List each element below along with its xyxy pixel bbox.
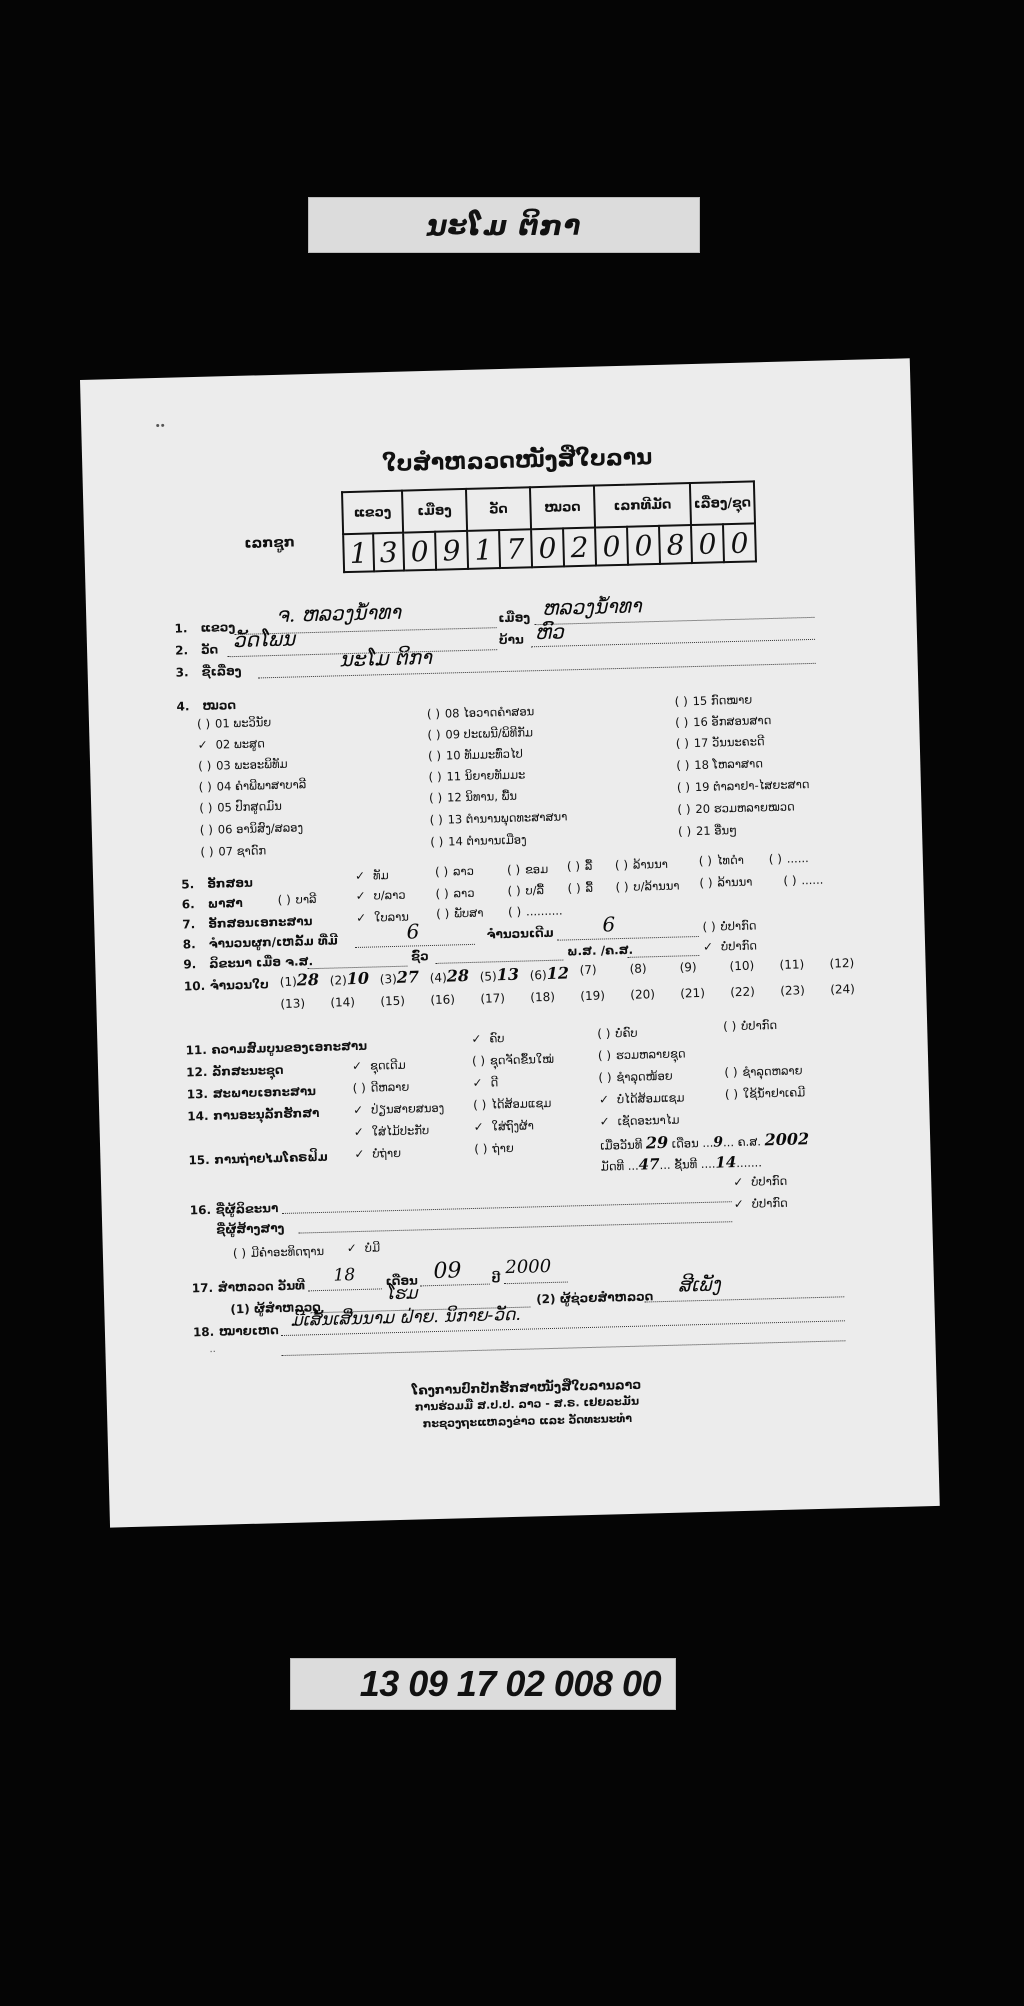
item-number: 2. bbox=[175, 643, 188, 657]
leaf-slot: (3)27 bbox=[380, 967, 430, 987]
microfilm-option[interactable]: ( )ຖ່າຍ bbox=[474, 1141, 514, 1156]
fascicle-count-value: 6 bbox=[406, 919, 419, 943]
category-option[interactable]: ( )04 ຄຳພີພາສາບາລີ bbox=[199, 777, 307, 794]
item-number: 9. bbox=[183, 957, 196, 971]
leaf-slot: (4)28 bbox=[429, 966, 479, 986]
language-label: ພາສາ bbox=[208, 896, 243, 911]
code-grid: ແຂວງ ເມືອງ ວັດ ໝວດ ເລກທີມັດ ເລື່ອງ/ຊຸດ 1… bbox=[341, 480, 757, 573]
completeness-label: ຄວາມສົມບູນຂອງເອກະສານ bbox=[211, 1039, 367, 1057]
condition-label: ສະພາບເອກະສານ bbox=[213, 1084, 317, 1101]
condition-option[interactable]: ( )ຊຳລຸດຫລາຍ bbox=[724, 1063, 803, 1079]
leaf-slot: (18) bbox=[530, 989, 580, 1004]
item-number: 16. bbox=[190, 1203, 212, 1218]
microfilm-label: ການຖ່າຍໄມໂຄຣຟິມ bbox=[214, 1150, 328, 1167]
code-header-temple: ວັດ bbox=[466, 487, 531, 531]
era-label: ພ.ສ. /ຄ.ສ. bbox=[567, 943, 633, 959]
category-option[interactable]: ( )16 ອັກສອນສາດ bbox=[675, 713, 772, 730]
item-number: 4. bbox=[176, 699, 189, 713]
item-number: 18. bbox=[193, 1325, 215, 1340]
scan-dust: ·· bbox=[209, 1347, 216, 1358]
code-digit: 0 bbox=[595, 527, 628, 566]
conservation-option[interactable]: ✓ບໍ່ໄດ້ສ້ອມແຊມ bbox=[599, 1090, 685, 1106]
leaf-slot: (16) bbox=[430, 992, 480, 1007]
condition-option[interactable]: ( )ດີຫລາຍ bbox=[352, 1080, 409, 1095]
category-option[interactable]: ( )20 ຮວມຫລາຍໝວດ bbox=[677, 799, 795, 816]
unknown-option[interactable]: ✓ບໍ່ປາກົດ bbox=[733, 1174, 787, 1189]
form-footer: ໂຄງການປົກປັກຮັກສາໜັງສືໃບລານລາວ ການຮ່ວມມື… bbox=[386, 1375, 667, 1433]
dotted-line bbox=[557, 936, 699, 941]
dotted-line bbox=[308, 1288, 382, 1291]
form-title: ໃບສຳຫລວດໜັງສືໃບລານ bbox=[382, 445, 653, 477]
category-option[interactable]: ( )01 ພະວິນັຍ bbox=[197, 715, 272, 731]
item-number: 14. bbox=[187, 1109, 209, 1124]
set-type-option[interactable]: ( )ຮວມຫລາຍຊຸດ bbox=[598, 1046, 686, 1062]
leaf-slot: (24) bbox=[830, 981, 880, 996]
scan-dust bbox=[161, 424, 164, 427]
language-option[interactable]: ( )ບາລີ bbox=[277, 892, 316, 907]
code-digit: 0 bbox=[627, 526, 660, 565]
province-label: ແຂວງ bbox=[200, 620, 235, 635]
leaf-slot: (10) bbox=[729, 958, 779, 978]
item-number: 1. bbox=[174, 621, 187, 635]
code-header-title-set: ເລື່ອງ/ຊຸດ bbox=[690, 481, 755, 525]
district-label: ເມືອງ bbox=[498, 610, 530, 625]
survey-date-label: ສຳຫລວດ ວັນທີ bbox=[218, 1278, 306, 1294]
remarks-value: ມີເສັ້ນເສີ່ນນາມ ຝ່າຍ. ນິກາຍ-ວັດ. bbox=[290, 1305, 521, 1331]
material-option[interactable]: ( ).......... bbox=[508, 904, 563, 919]
conservation-label: ການອະນຸລັກຮັກສາ bbox=[213, 1106, 319, 1123]
category-option[interactable]: ( )07 ຊາດົກ bbox=[200, 843, 266, 859]
surveyor-signature: ໂຮມ bbox=[386, 1283, 418, 1304]
script-option[interactable]: ( )...... bbox=[769, 851, 809, 866]
code-digit: 8 bbox=[659, 525, 692, 564]
dotted-line bbox=[531, 639, 815, 647]
script-option[interactable]: ( )ລ້ານນາ bbox=[615, 857, 668, 872]
script-option[interactable]: ( )ຂອມ bbox=[507, 862, 549, 877]
material-option[interactable]: ( )ພັບສາ bbox=[436, 906, 484, 921]
code-digit: 3 bbox=[373, 533, 404, 572]
leaf-slot: (14) bbox=[330, 994, 380, 1009]
leaf-slot: (2)10 bbox=[330, 968, 380, 988]
code-digit: 0 bbox=[531, 528, 564, 567]
colophon-option[interactable]: ( )ມີຄຳອະທິດຖານ bbox=[233, 1244, 324, 1260]
unknown-option[interactable]: ✓ບໍ່ປາກົດ bbox=[734, 1196, 788, 1211]
set-type-option[interactable]: ( )ຊຸດຈັດຂຶ້ນໃໝ່ bbox=[472, 1052, 554, 1068]
code-digit: 1 bbox=[467, 530, 500, 569]
dotted-line bbox=[282, 1201, 732, 1214]
language-option[interactable]: ✓ບ/ລາວ bbox=[355, 888, 405, 903]
conservation-option[interactable]: ✓ໃສ່ໄມ້ປະກັບ bbox=[354, 1123, 430, 1139]
condition-option[interactable]: ✓ດີ bbox=[472, 1075, 498, 1090]
completeness-option[interactable]: ( )ບໍ່ຄົບ bbox=[597, 1026, 638, 1041]
storage-location: ມັດທີ ...47... ຊັ້ນທີ ....14....... bbox=[601, 1152, 763, 1174]
village-label: ບ້ານ bbox=[499, 632, 524, 647]
leaf-slot: (9) bbox=[679, 959, 729, 979]
survey-form-page: ໃບສຳຫລວດໜັງສືໃບລານ ເລກຊູກ ແຂວງ ເມືອງ ວັດ… bbox=[80, 358, 940, 1527]
item-number: 13. bbox=[187, 1087, 209, 1102]
completeness-option[interactable]: ✓ຄົບ bbox=[471, 1031, 504, 1046]
set-type-option[interactable]: ✓ຊຸດເດີມ bbox=[352, 1058, 406, 1073]
category-option[interactable]: ( )05 ປົກສູດມົນ bbox=[199, 799, 282, 815]
script-option[interactable]: ( )ລາວ bbox=[435, 864, 474, 879]
category-option[interactable]: ( )06 ອານິສົງ/ສລອງ bbox=[200, 820, 304, 837]
condition-option[interactable]: ( )ຊຳລຸດໜ້ອຍ bbox=[598, 1069, 673, 1085]
conservation-option[interactable]: ( )ໃຊ້ນ້ຳຢາເຄມີ bbox=[725, 1085, 806, 1101]
province-value: ຈ. ຫລວງນ້ຳທາ bbox=[276, 600, 401, 627]
leaf-slot: (6)12 bbox=[529, 963, 579, 983]
language-option[interactable]: ( )ລາວ bbox=[435, 886, 474, 901]
item-number: 7. bbox=[182, 917, 195, 931]
dotted-line bbox=[355, 944, 475, 948]
code-digit: 0 bbox=[723, 523, 756, 562]
film-code-text: 13 09 17 02 008 00 bbox=[360, 1663, 661, 1705]
code-digit: 2 bbox=[563, 528, 596, 567]
leaf-slot: (7) bbox=[579, 962, 629, 982]
code-header-district: ເມືອງ bbox=[402, 489, 467, 533]
language-option[interactable]: ( )ລື້ bbox=[567, 881, 593, 896]
dotted-line bbox=[504, 1282, 568, 1285]
zodiac-label: ຊົ່ວ bbox=[411, 949, 429, 963]
category-option[interactable]: ( )19 ຕຳລາຢາ-ໄສຍະສາດ bbox=[677, 777, 810, 794]
item-number: 15. bbox=[188, 1153, 210, 1168]
completeness-option[interactable]: ( )ບໍ່ປາກົດ bbox=[723, 1018, 777, 1033]
item-number: 5. bbox=[181, 877, 194, 891]
item-number: 11. bbox=[185, 1043, 207, 1058]
category-option[interactable]: ( )13 ຕຳນານພຸດທະສາສນາ bbox=[429, 809, 567, 827]
remarks-label: ໝາຍເຫດ bbox=[219, 1323, 279, 1339]
code-label: ເລກຊູກ bbox=[244, 534, 295, 551]
unknown-option[interactable]: ✓ບໍ່ປາກົດ bbox=[703, 938, 757, 953]
leaf-slot: (11) bbox=[779, 957, 829, 977]
original-count-value: 6 bbox=[602, 912, 615, 936]
conservation-option[interactable]: ✓ໃສ່ຖົງຜ້າ bbox=[474, 1118, 534, 1134]
item-number: 12. bbox=[186, 1065, 208, 1080]
leaf-slot: (19) bbox=[580, 988, 630, 1003]
category-option[interactable]: ✓02 ພະສູດ bbox=[197, 736, 265, 752]
survey-year-label: ປີ bbox=[491, 1271, 500, 1285]
language-option[interactable]: ( )ບ/ລື້ bbox=[507, 883, 544, 898]
scribe-name-label: ຊື່ຜູ້ລິຂະນາ bbox=[216, 1201, 279, 1217]
scribe-date-label: ລິຂະນາ ເມື່ອ ຈ.ສ. bbox=[209, 954, 313, 971]
survey-month-value: 09 bbox=[433, 1258, 462, 1284]
colophon-option[interactable]: ✓ບໍ່ມີ bbox=[347, 1240, 381, 1255]
microfilm-option[interactable]: ✓ບໍ່ຖ່າຍ bbox=[354, 1146, 401, 1161]
code-digit: 7 bbox=[499, 529, 532, 568]
category-option[interactable]: ( )15 ກົດໝາຍ bbox=[674, 693, 752, 709]
item-number: 6. bbox=[182, 897, 195, 911]
dotted-line bbox=[627, 955, 699, 958]
leaf-slot: (17) bbox=[480, 990, 530, 1005]
item-number: 3. bbox=[176, 665, 189, 679]
film-title-label: ນະໂມ ຕິກາ bbox=[308, 197, 700, 253]
leaf-slot: (21) bbox=[680, 985, 730, 1000]
fascicle-count-label: ຈຳນວນຜູກ/ເຫລັ້ມ ທີ່ມີ bbox=[209, 933, 338, 950]
leaf-slot: (15) bbox=[380, 993, 430, 1008]
conservation-option[interactable]: ✓ເຊັດອະນາໄມ bbox=[599, 1113, 679, 1129]
leaf-slot: (13) bbox=[280, 996, 330, 1011]
code-digit: 0 bbox=[403, 532, 436, 571]
scan-dust bbox=[156, 424, 159, 427]
conservation-option[interactable]: ✓ປ່ຽນສາຍສນອງ bbox=[353, 1101, 444, 1117]
category-option[interactable]: ( )18 ໂຫລາສາດ bbox=[676, 756, 763, 772]
code-digit: 9 bbox=[435, 531, 468, 570]
leaf-slot: (23) bbox=[780, 983, 830, 998]
code-header-province: ແຂວງ bbox=[342, 491, 403, 535]
item-number: 10. bbox=[184, 979, 206, 994]
temple-value: ວັດໂພນ bbox=[233, 626, 296, 652]
conservation-date: ເມື່ອວັນທີ 29 ເດືອນ ...9... ຄ.ສ. 2002 bbox=[600, 1129, 809, 1153]
title-value: ນະໂມ ຕິກາ bbox=[339, 645, 432, 671]
code-digit: 0 bbox=[691, 524, 724, 563]
assistant-label: (2) ຜູ້ຊ່ວຍສຳຫລວດ bbox=[536, 1289, 653, 1306]
leaf-slot: (20) bbox=[630, 986, 680, 1001]
leaf-slot: (12) bbox=[829, 955, 879, 975]
leaf-slot: (1)28 bbox=[280, 970, 330, 990]
category-option[interactable]: ( )09 ປະເພນີ/ພິທີກັມ bbox=[427, 725, 533, 742]
category-option[interactable]: ( )17 ວັນນະຄະດີ bbox=[676, 734, 765, 750]
dotted-line bbox=[282, 1340, 846, 1356]
survey-day-value: 18 bbox=[333, 1265, 355, 1286]
language-option[interactable]: ( )ລ້ານນາ bbox=[699, 875, 752, 890]
script-option[interactable]: ( )ລື້ bbox=[567, 859, 593, 874]
code-header-bundle: ເລກທີມັດ bbox=[594, 483, 691, 527]
category-option[interactable]: ( )08 ໄອວາດຄຳສອນ bbox=[427, 704, 535, 721]
leaf-slot: (8) bbox=[629, 961, 679, 981]
item-number: 8. bbox=[183, 937, 196, 951]
item-number: 17. bbox=[192, 1281, 214, 1296]
category-option[interactable]: ( )21 ອື່ນໆ bbox=[678, 823, 737, 839]
script-label: ອັກສອນ bbox=[207, 876, 253, 891]
category-option[interactable]: ( )12 ນິທານ, ພື້ນ bbox=[429, 789, 517, 805]
original-count-label: ຈຳນວນເດີມ bbox=[486, 926, 553, 942]
category-option[interactable]: ( )03 ພະອະພິທັມ bbox=[198, 757, 288, 773]
district-value: ຫລວງນ້ຳທາ bbox=[542, 593, 642, 620]
temple-label: ວັດ bbox=[201, 642, 218, 656]
unknown-option[interactable]: ( )ບໍ່ປາກົດ bbox=[702, 918, 756, 933]
dotted-line bbox=[420, 1284, 490, 1287]
material-label: ອັກສອນເອກະສານ bbox=[208, 914, 312, 931]
donor-name-label: ຊື່ຜູ້ສ້າງສາງ bbox=[216, 1221, 284, 1237]
dotted-line bbox=[644, 1296, 844, 1302]
village-value: ຫົວ bbox=[534, 619, 564, 644]
code-header-category: ໝວດ bbox=[530, 486, 595, 530]
assistant-signature: ສີເພັງ bbox=[678, 1274, 721, 1297]
code-digit: 1 bbox=[343, 533, 374, 572]
language-option[interactable]: ( )...... bbox=[783, 873, 823, 888]
leaf-count-label: ຈຳນວນໃບ bbox=[210, 977, 269, 993]
category-option[interactable]: ( )10 ທັມມະທົ່ວໄປ bbox=[428, 747, 523, 763]
category-option[interactable]: ( )14 ຕຳນານເມືອງ bbox=[430, 832, 527, 849]
conservation-option[interactable]: ( )ໄດ້ສ້ອມແຊມ bbox=[473, 1096, 552, 1112]
dotted-line bbox=[298, 1221, 732, 1233]
language-option[interactable]: ( )ບ/ລ້ານນາ bbox=[615, 878, 679, 894]
leaf-slot: (22) bbox=[730, 984, 780, 999]
script-option[interactable]: ( )ໄທດຳ bbox=[699, 853, 744, 868]
set-type-label: ລັກສະນະຊຸດ bbox=[212, 1063, 284, 1079]
title-label: ຊື່ເລື່ອງ bbox=[201, 664, 241, 679]
film-title-text: ນະໂມ ຕິກາ bbox=[427, 209, 582, 242]
material-option[interactable]: ✓ໃບລານ bbox=[356, 910, 409, 925]
script-option[interactable]: ✓ທັມ bbox=[355, 868, 389, 883]
film-code-label: 13 09 17 02 008 00 bbox=[290, 1658, 676, 1710]
category-label: ໝວດ bbox=[202, 698, 236, 713]
survey-year-value: 2000 bbox=[505, 1256, 551, 1278]
category-option[interactable]: ( )11 ນິຍາຍທັມມະ bbox=[428, 767, 525, 784]
leaf-slot: (5)13 bbox=[479, 964, 529, 984]
